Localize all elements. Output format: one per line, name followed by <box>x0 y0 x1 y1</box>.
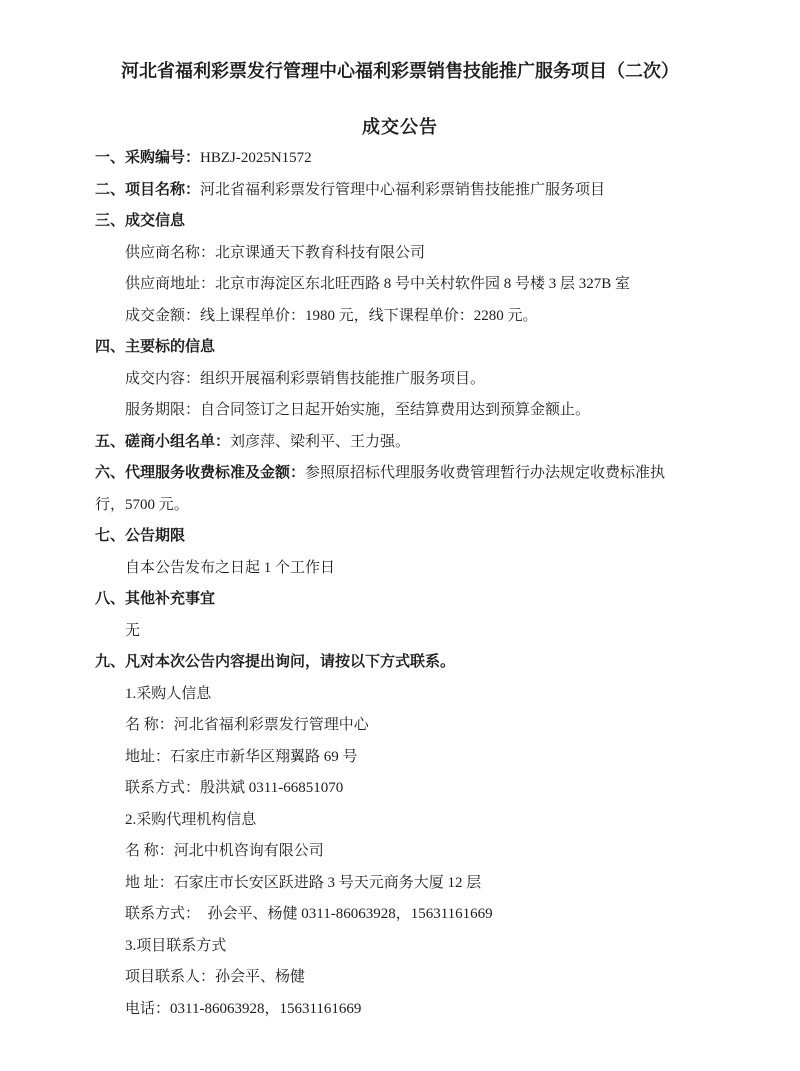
line-label: 六、代理服务收费标准及金额： <box>95 465 305 481</box>
line-agency-fee: 六、代理服务收费标准及金额：参照原招标代理服务收费管理暂行办法规定收费标准执 <box>0 458 800 490</box>
line-project-name: 二、项目名称：河北省福利彩票发行管理中心福利彩票销售技能推广服务项目 <box>0 175 800 207</box>
line-announcement-period-heading: 七、公告期限 <box>0 521 800 553</box>
line-text: 名 称：河北中机咨询有限公司 <box>125 843 324 859</box>
line-text: 服务期限：自合同签订之日起开始实施，至结算费用达到预算金额止。 <box>125 402 590 418</box>
document-page: 河北省福利彩票发行管理中心福利彩票销售技能推广服务项目（二次） 成交公告 一、采… <box>0 0 800 1071</box>
line-text: 无 <box>125 623 140 639</box>
document-body: 一、采购编号：HBZJ-2025N1572 二、项目名称：河北省福利彩票发行管理… <box>0 143 800 1025</box>
line-procurement-number: 一、采购编号：HBZJ-2025N1572 <box>0 143 800 175</box>
line-label: 七、公告期限 <box>95 528 185 544</box>
line-label: 一、采购编号： <box>95 150 200 166</box>
line-text: 成交金额：线上课程单价：1980 元，线下课程单价：2280 元。 <box>125 308 538 324</box>
line-label: 八、其他补充事宜 <box>95 591 215 607</box>
line-purchaser-address: 地址：石家庄市新华区翔翼路 69 号 <box>0 742 800 774</box>
line-text: 行，5700 元。 <box>95 497 189 513</box>
line-text: 项目联系人：孙会平、杨健 <box>125 969 305 985</box>
line-supplier-name: 供应商名称：北京课通天下教育科技有限公司 <box>0 238 800 270</box>
line-text: 电话：0311-86063928，15631161669 <box>125 1001 361 1017</box>
line-project-contact-heading: 3.项目联系方式 <box>0 931 800 963</box>
line-text: 名 称：河北省福利彩票发行管理中心 <box>125 717 369 733</box>
line-label: 四、主要标的信息 <box>95 339 215 355</box>
line-announcement-period-value: 自本公告发布之日起 1 个工作日 <box>0 553 800 585</box>
line-agency-info-heading: 2.采购代理机构信息 <box>0 805 800 837</box>
line-label: 三、成交信息 <box>95 213 185 229</box>
line-other-matters-value: 无 <box>0 616 800 648</box>
document-title: 河北省福利彩票发行管理中心福利彩票销售技能推广服务项目（二次） <box>40 57 760 85</box>
line-purchaser-info-heading: 1.采购人信息 <box>0 679 800 711</box>
line-text: HBZJ-2025N1572 <box>200 150 312 166</box>
line-label: 九、凡对本次公告内容提出询问，请按以下方式联系。 <box>95 654 455 670</box>
line-text: 供应商名称：北京课通天下教育科技有限公司 <box>125 245 425 261</box>
line-label: 二、项目名称： <box>95 182 200 198</box>
line-text: 参照原招标代理服务收费管理暂行办法规定收费标准执 <box>305 465 665 481</box>
line-purchaser-contact: 联系方式：殷洪斌 0311-66851070 <box>0 773 800 805</box>
line-purchaser-name: 名 称：河北省福利彩票发行管理中心 <box>0 710 800 742</box>
line-text: 联系方式： 孙会平、杨健 0311-86063928，15631161669 <box>125 906 493 922</box>
line-service-period: 服务期限：自合同签订之日起开始实施，至结算费用达到预算金额止。 <box>0 395 800 427</box>
line-agency-name: 名 称：河北中机咨询有限公司 <box>0 836 800 868</box>
line-supplier-address: 供应商地址：北京市海淀区东北旺西路 8 号中关村软件园 8 号楼 3 层 327… <box>0 269 800 301</box>
line-text: 成交内容：组织开展福利彩票销售技能推广服务项目。 <box>125 371 485 387</box>
line-text: 地 址：石家庄市长安区跃进路 3 号天元商务大厦 12 层 <box>125 875 481 891</box>
line-negotiation-panel: 五、磋商小组名单：刘彦萍、梁利平、王力强。 <box>0 427 800 459</box>
line-subject-info-heading: 四、主要标的信息 <box>0 332 800 364</box>
line-project-contact-persons: 项目联系人：孙会平、杨健 <box>0 962 800 994</box>
line-other-matters-heading: 八、其他补充事宜 <box>0 584 800 616</box>
line-text: 自本公告发布之日起 1 个工作日 <box>125 560 335 576</box>
line-inquiry-heading: 九、凡对本次公告内容提出询问，请按以下方式联系。 <box>0 647 800 679</box>
line-award-content: 成交内容：组织开展福利彩票销售技能推广服务项目。 <box>0 364 800 396</box>
line-text: 2.采购代理机构信息 <box>125 812 256 828</box>
line-agency-address: 地 址：石家庄市长安区跃进路 3 号天元商务大厦 12 层 <box>0 868 800 900</box>
line-text: 刘彦萍、梁利平、王力强。 <box>230 434 410 450</box>
line-project-contact-phone: 电话：0311-86063928，15631161669 <box>0 994 800 1026</box>
line-text: 联系方式：殷洪斌 0311-66851070 <box>125 780 343 796</box>
line-text: 河北省福利彩票发行管理中心福利彩票销售技能推广服务项目 <box>200 182 605 198</box>
line-award-amount: 成交金额：线上课程单价：1980 元，线下课程单价：2280 元。 <box>0 301 800 333</box>
line-text: 3.项目联系方式 <box>125 938 226 954</box>
line-label: 五、磋商小组名单： <box>95 434 230 450</box>
line-agency-fee-continued: 行，5700 元。 <box>0 490 800 522</box>
line-text: 供应商地址：北京市海淀区东北旺西路 8 号中关村软件园 8 号楼 3 层 327… <box>125 276 630 292</box>
document-subtitle: 成交公告 <box>40 113 760 141</box>
line-award-info-heading: 三、成交信息 <box>0 206 800 238</box>
line-text: 地址：石家庄市新华区翔翼路 69 号 <box>125 749 358 765</box>
line-text: 1.采购人信息 <box>125 686 211 702</box>
line-agency-contact: 联系方式： 孙会平、杨健 0311-86063928，15631161669 <box>0 899 800 931</box>
